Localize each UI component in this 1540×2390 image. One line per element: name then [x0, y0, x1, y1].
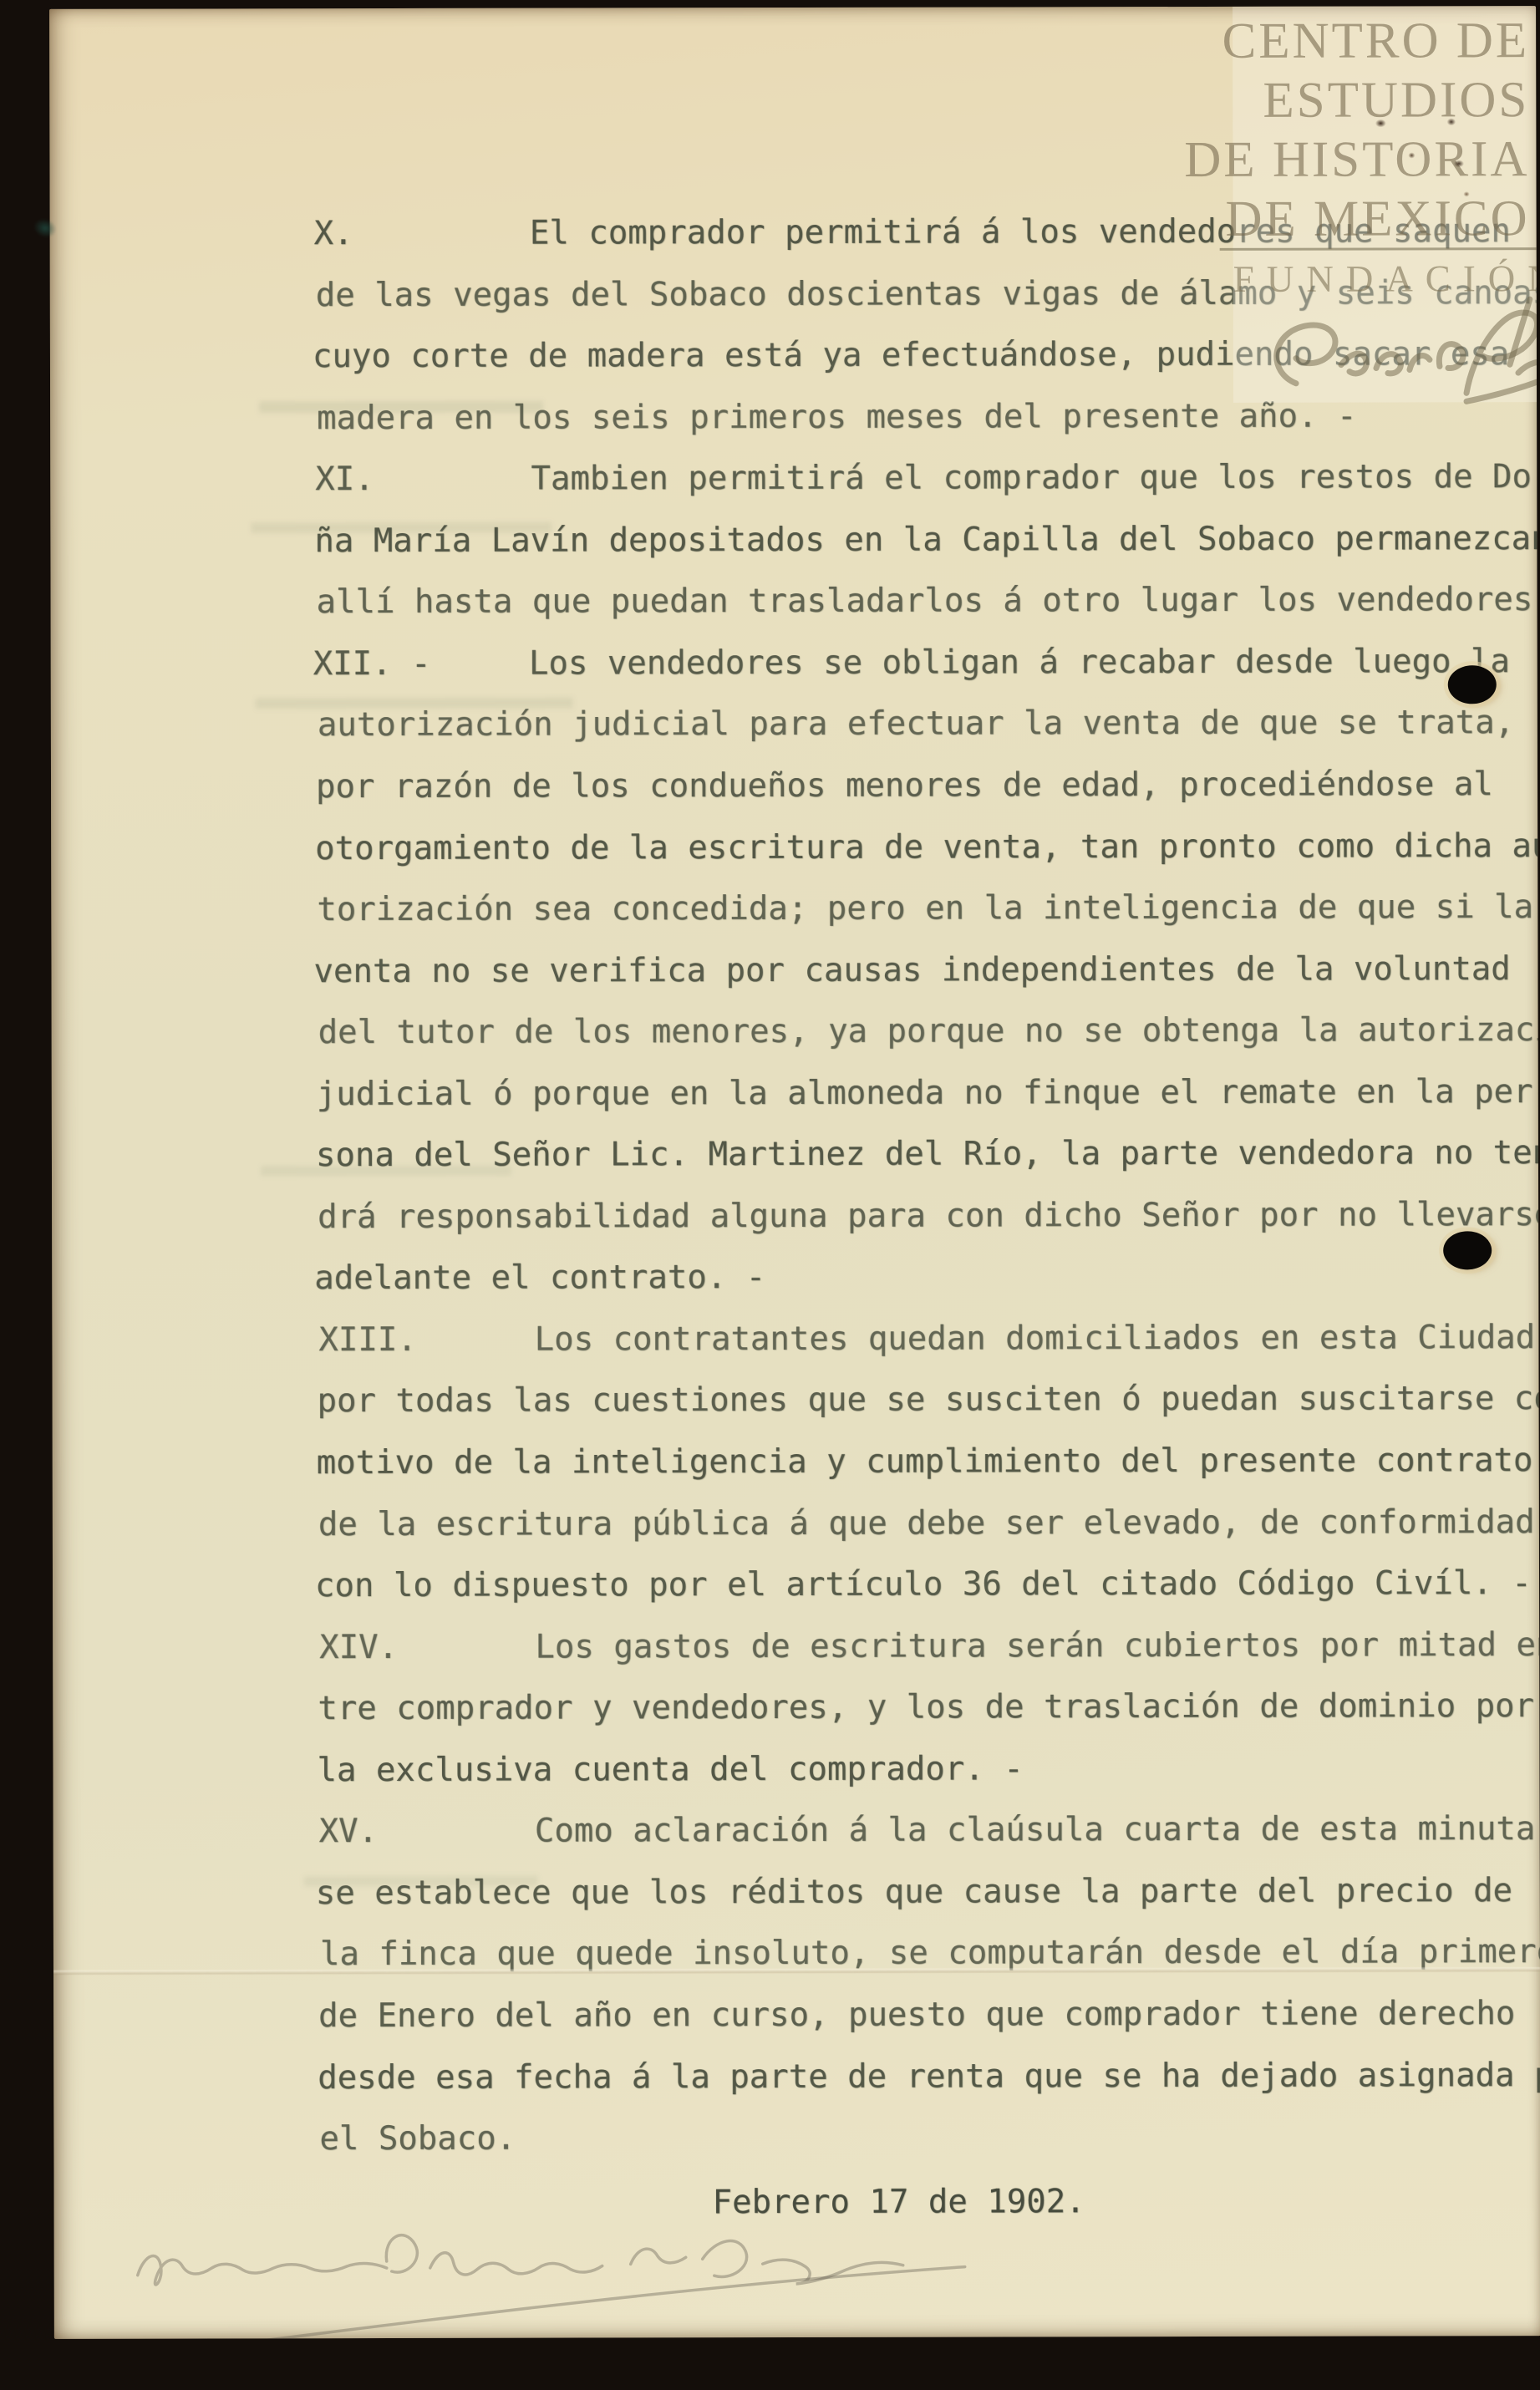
typed-line: venta no se verifica por causas independ…: [313, 950, 1510, 991]
handwritten-signature: [79, 2179, 1040, 2338]
typed-line: por todas las cuestiones que se susciten…: [318, 1380, 1540, 1421]
typed-line: adelante el contrato. -: [314, 1259, 765, 1298]
typed-line: XII. - Los vendedores se obligan á recab…: [313, 643, 1510, 684]
typed-line: el Sobaco.: [319, 2120, 516, 2159]
paper-sheet: X. El comprador permitirá á los vendedor…: [49, 6, 1540, 2339]
watermark-line: DE HISTORIA: [1095, 130, 1529, 190]
typed-line: por razón de los condueños menores de ed…: [316, 765, 1493, 806]
typed-line: XV. Como aclaración á la claúsula cuarta…: [319, 1810, 1536, 1851]
watermark-line: ESTUDIOS: [1095, 70, 1529, 130]
punch-hole-bottom: [1443, 1231, 1492, 1269]
typed-line: torización sea concedida; pero en la int…: [317, 888, 1533, 929]
scanned-document-page: { "watermark": { "center_lines": ["CENTR…: [0, 0, 1540, 2390]
typed-line: drá responsabilidad alguna para con dich…: [318, 1196, 1540, 1237]
typed-line: allí hasta que puedan trasladarlos á otr…: [317, 581, 1540, 622]
typed-line: autorización judicial para efectuar la v…: [318, 704, 1514, 745]
typed-line: desde esa fecha á la parte de renta que …: [318, 2057, 1540, 2098]
typed-line: con lo dispuesto por el artículo 36 del …: [315, 1564, 1532, 1605]
typed-text-body: X. El comprador permitirá á los vendedor…: [49, 6, 1536, 9]
typed-line: de la escritura pública á que debe ser e…: [318, 1503, 1535, 1544]
typed-line: otorgamiento de la escritura de venta, t…: [315, 827, 1540, 868]
watermark-text-block: CENTRO DE ESTUDIOS DE HISTORIA DE MEXICO: [1095, 11, 1530, 249]
typed-line: madera en los seis primeros meses del pr…: [317, 398, 1357, 439]
watermark-line: DE MEXICO: [1095, 189, 1530, 249]
typed-line: judicial ó porque en la almoneda no finq…: [317, 1073, 1540, 1114]
fold-crease: [53, 1967, 1540, 1975]
typed-line: la exclusiva cuenta del comprador. -: [317, 1750, 1023, 1790]
punch-hole-top: [1448, 665, 1497, 704]
typed-line: ña María Lavín depositados en la Capilla…: [314, 520, 1540, 561]
typed-line: de Enero del año en curso, puesto que co…: [318, 1995, 1515, 2036]
typed-line: motivo de la inteligencia y cumplimiento…: [317, 1442, 1540, 1482]
typed-line: XI. Tambien permitirá el comprador que l…: [315, 458, 1540, 499]
watermark-line: CENTRO DE: [1095, 11, 1529, 71]
typed-line: tre comprador y vendedores, y los de tra…: [318, 1687, 1534, 1728]
typed-line: sona del Señor Lic. Martinez del Río, la…: [316, 1134, 1540, 1175]
founder-signature-watermark: [1216, 294, 1540, 420]
typed-line: se establece que los réditos que cause l…: [316, 1872, 1512, 1913]
typed-line: XIII. Los contratantes quedan domiciliad…: [318, 1319, 1535, 1360]
typed-line: del tutor de los menores, ya porque no s…: [318, 1011, 1540, 1052]
typed-line: XIV. Los gastos de escritura serán cubie…: [319, 1626, 1540, 1667]
